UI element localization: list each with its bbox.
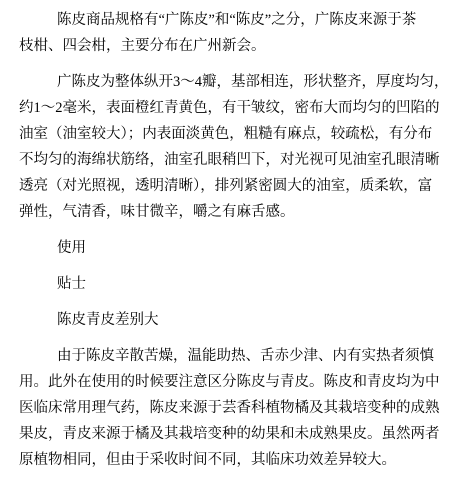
text-line: 原植物相同，但由于采收时间不同，其临床功效差异较大。 [19,447,455,473]
text-line: 不均匀的海绵状筋络，油室孔眼稍凹下，对光视可见油室孔眼清晰 [19,147,455,173]
text-line: 果皮，青皮来源于橘及其栽培变种的幼果和未成熟果皮。虽然两者 [19,421,455,447]
text-line: 弹性，气清香，味甘微辛，嚼之有麻舌感。 [19,199,455,225]
text-line: 枝柑、四会柑，主要分布在广州新会。 [19,33,455,59]
text-line: 陈皮商品规格有“广陈皮”和“陈皮”之分，广陈皮来源于茶 [19,7,455,33]
paragraph: 陈皮商品规格有“广陈皮”和“陈皮”之分，广陈皮来源于茶枝柑、四会柑，主要分布在广… [19,7,455,59]
text-line: 医临床常用理气药，陈皮来源于芸香科植物橘及其栽培变种的成熟 [19,395,455,421]
paragraph: 广陈皮为整体纵开3～4瓣，基部相连，形状整齐，厚度均匀，约1～2毫米，表面橙红青… [19,69,455,225]
text-line: 由于陈皮辛散苦燥，温能助热、舌赤少津、内有实热者须慎 [19,343,455,369]
paragraph: 贴士 [19,271,455,297]
text-line: 使用 [19,235,455,261]
text-line: 约1～2毫米，表面橙红青黄色，有干皱纹，密布大而均匀的凹陷的 [19,95,455,121]
paragraph: 使用 [19,235,455,261]
paragraph: 陈皮青皮差别大 [19,307,455,333]
text-line: 广陈皮为整体纵开3～4瓣，基部相连，形状整齐，厚度均匀， [19,69,455,95]
document-body: 陈皮商品规格有“广陈皮”和“陈皮”之分，广陈皮来源于茶枝柑、四会柑，主要分布在广… [0,0,465,492]
text-line: 陈皮青皮差别大 [19,307,455,333]
text-line: 用。此外在使用的时候要注意区分陈皮与青皮。陈皮和青皮均为中 [19,369,455,395]
text-line: 透亮（对光照视，透明清晰），排列紧密圆大的油室，质柔软，富 [19,173,455,199]
text-line: 贴士 [19,271,455,297]
text-line: 油室（油室较大）；内表面淡黄色，粗糙有麻点，较疏松，有分布 [19,121,455,147]
paragraph: 由于陈皮辛散苦燥，温能助热、舌赤少津、内有实热者须慎用。此外在使用的时候要注意区… [19,343,455,473]
